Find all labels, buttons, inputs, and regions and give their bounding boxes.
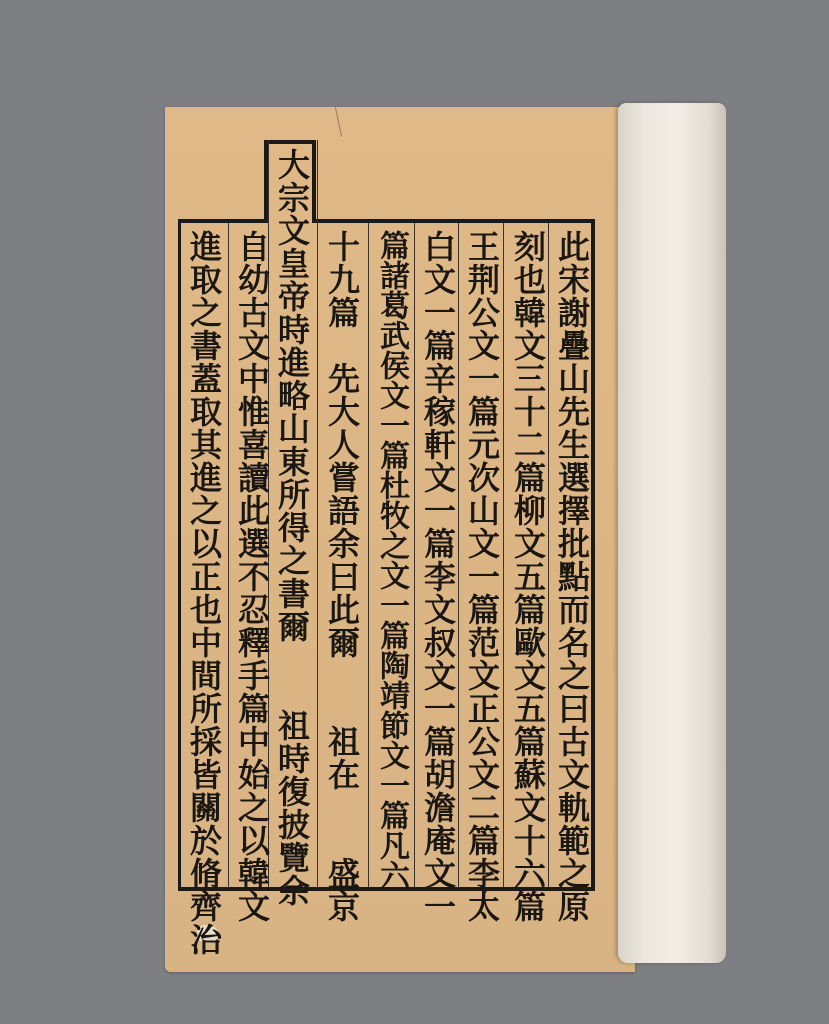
column-rule	[548, 223, 549, 887]
text-column-8: 自幼古文中惟喜讀此選不忍釋手篇中始之以韓文	[232, 230, 272, 923]
text-column-4: 白文一篇辛稼軒文一篇李文叔文一篇胡澹庵文一	[418, 230, 458, 923]
column-rule	[317, 140, 318, 887]
text-column-3: 王荆公文一篇元次山文一篇范文正公文二篇李太	[462, 230, 502, 923]
text-column-5: 篇諸葛武侯文一篇杜牧之文一篇陶靖節文一篇凡六	[372, 230, 410, 890]
text-column-9: 進取之書蓋取其進之以正也中間所採皆關於脩齊治	[184, 230, 224, 956]
column-rule	[368, 223, 369, 887]
column-rule	[228, 223, 229, 887]
text-column-1: 此宋謝疊山先生選擇批點而名之曰古文軌範之原	[552, 230, 592, 923]
text-column-6: 十九篇 先大人嘗語余曰此爾 祖在 盛京	[322, 230, 362, 923]
text-column-7-raised: 大宗文皇帝時進略山東所得之書爾 祖時復披覽余	[272, 148, 312, 907]
column-rule	[503, 223, 504, 887]
rolled-paper-scroll	[618, 103, 726, 963]
column-rule	[458, 223, 459, 887]
column-rule	[414, 223, 415, 887]
text-column-2: 刻也韓文三十二篇柳文五篇歐文五篇蘇文十六篇	[508, 230, 548, 923]
